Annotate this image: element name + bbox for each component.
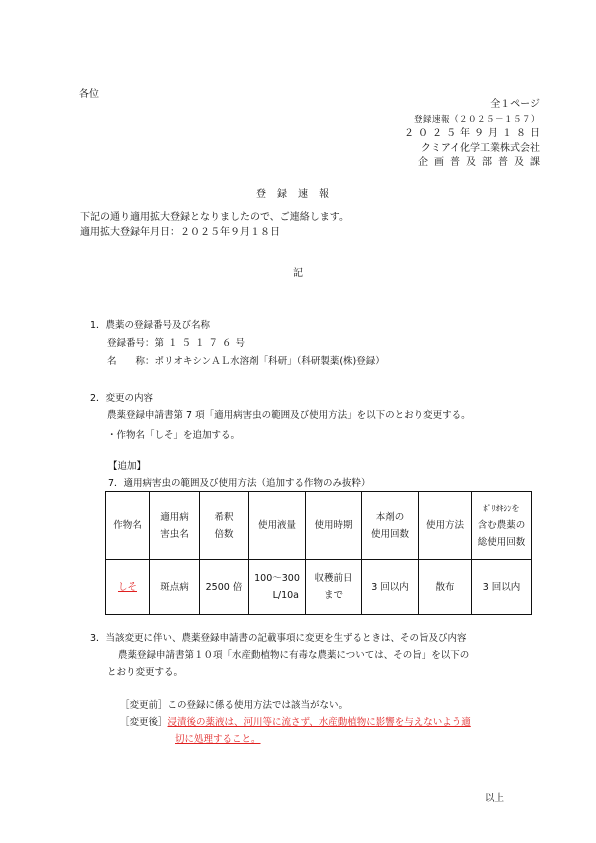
before-text: この登録に係る使用方法では該当がない。	[168, 700, 349, 711]
before-label: ［変更前］	[120, 700, 168, 711]
section3-line: 3．当該変更に伴い、農薬登録申請書の記載事項に変更を生ずるときは、その旨及び内容	[90, 630, 469, 647]
cell-crop: しそ	[106, 560, 150, 615]
section-changes: 2．変更の内容 農薬登録申請書第 7 項「適用病害虫の範囲及び使用方法」を以下の…	[90, 390, 471, 444]
product-name-label: 名 称：	[107, 356, 155, 367]
cell-pest: 斑点病	[150, 560, 200, 615]
section3-line: 農薬登録申請書第１０項「水産動植物に有毒な農薬については、その旨」を以下の	[90, 647, 469, 664]
section1-heading: 1．農薬の登録番号及び名称	[90, 317, 385, 335]
cell-dilution: 2500 倍	[200, 560, 249, 615]
registration-date-line: 適用拡大登録年月日：２０２５年９月１８日	[80, 225, 349, 240]
intro: 下記の通り適用拡大登録となりましたので、ご連絡します。 適用拡大登録年月日：２０…	[80, 210, 349, 240]
header-total-count: ﾎﾟﾘｵｷｼﾝを含む農薬の総使用回数	[472, 492, 532, 560]
section-registration: 1．農薬の登録番号及び名称 登録番号：第１５１７６号 名 称：ポリオキシンＡＬ水…	[90, 317, 385, 371]
after-text: 浸漬後の薬液は、河川等に流さず、水産動植物に影響を与えないよう適	[168, 717, 471, 728]
section3-line: とおり変更する。	[90, 664, 469, 681]
page-count: 全１ページ	[404, 98, 540, 113]
header-pest: 適用病害虫名	[150, 492, 200, 560]
addressee: 各位	[79, 85, 99, 100]
department-name: 企画普及部普及課	[404, 156, 546, 171]
usage-table: 作物名 適用病害虫名 希釈倍数 使用液量 使用時期 本剤の使用回数 使用方法 ﾎ…	[105, 491, 532, 615]
header-method: 使用方法	[419, 492, 472, 560]
cell-total-count: 3 回以内	[472, 560, 532, 615]
addition-label: 【追加】	[108, 458, 146, 472]
registration-number-row: 登録番号：第１５１７６号	[90, 335, 385, 353]
document-header: 全１ページ 登録速報（２０２５－１５７） ２０２５年９月１８日 クミアイ化学工業…	[404, 98, 540, 171]
table-row: しそ 斑点病 2500 倍 100～300L/10a 収穫前日まで 3 回以内 …	[106, 560, 532, 615]
document-title: 登録速報	[0, 185, 596, 200]
section2-description: 農薬登録申請書第 7 項「適用病害虫の範囲及び使用方法」を以下のとおり変更する。	[90, 407, 471, 424]
header-timing: 使用時期	[306, 492, 362, 560]
section2-heading: 2．変更の内容	[90, 390, 471, 407]
header-dilution: 希釈倍数	[200, 492, 249, 560]
company-name: クミアイ化学工業株式会社	[404, 142, 540, 157]
ki-marker: 記	[0, 264, 596, 279]
bulletin-number: 登録速報（２０２５－１５７）	[404, 113, 540, 128]
before-row: ［変更前］この登録に係る使用方法では該当がない。	[120, 697, 471, 714]
after-row-continued: 切に処理すること。	[120, 731, 471, 748]
crop-name: しそ	[118, 582, 137, 593]
cell-volume: 100～300L/10a	[249, 560, 306, 615]
cell-timing: 収穫前日まで	[306, 560, 362, 615]
table-header-row: 作物名 適用病害虫名 希釈倍数 使用液量 使用時期 本剤の使用回数 使用方法 ﾎ…	[106, 492, 532, 560]
change-details: ［変更前］この登録に係る使用方法では該当がない。 ［変更後］浸漬後の薬液は、河川…	[120, 697, 471, 748]
cell-method: 散布	[419, 560, 472, 615]
after-row: ［変更後］浸漬後の薬液は、河川等に流さず、水産動植物に影響を与えないよう適	[120, 714, 471, 731]
end-marker: 以上	[485, 790, 504, 804]
registration-number-label: 登録番号：	[107, 338, 155, 349]
section-related-changes: 3．当該変更に伴い、農薬登録申請書の記載事項に変更を生ずるときは、その旨及び内容…	[90, 630, 469, 681]
cell-count: 3 回以内	[362, 560, 419, 615]
intro-line: 下記の通り適用拡大登録となりましたので、ご連絡します。	[80, 210, 349, 225]
section2-bullet: ・作物名「しそ」を追加する。	[90, 427, 471, 444]
header-crop: 作物名	[106, 492, 150, 560]
header-volume: 使用液量	[249, 492, 306, 560]
product-name-value: ポリオキシンＡＬ水溶剤「科研」（科研製薬(株)登録）	[155, 356, 385, 367]
issue-date: ２０２５年９月１８日	[404, 127, 544, 142]
product-name-row: 名 称：ポリオキシンＡＬ水溶剤「科研」（科研製薬(株)登録）	[90, 353, 385, 371]
header-count: 本剤の使用回数	[362, 492, 419, 560]
after-label: ［変更後］	[120, 717, 168, 728]
after-text-continued: 切に処理すること。	[120, 731, 261, 748]
registration-number-value: 第１５１７６号	[155, 338, 250, 349]
table-caption: 7．適用病害虫の範囲及び使用方法（追加する作物のみ抜粋）	[108, 475, 371, 489]
